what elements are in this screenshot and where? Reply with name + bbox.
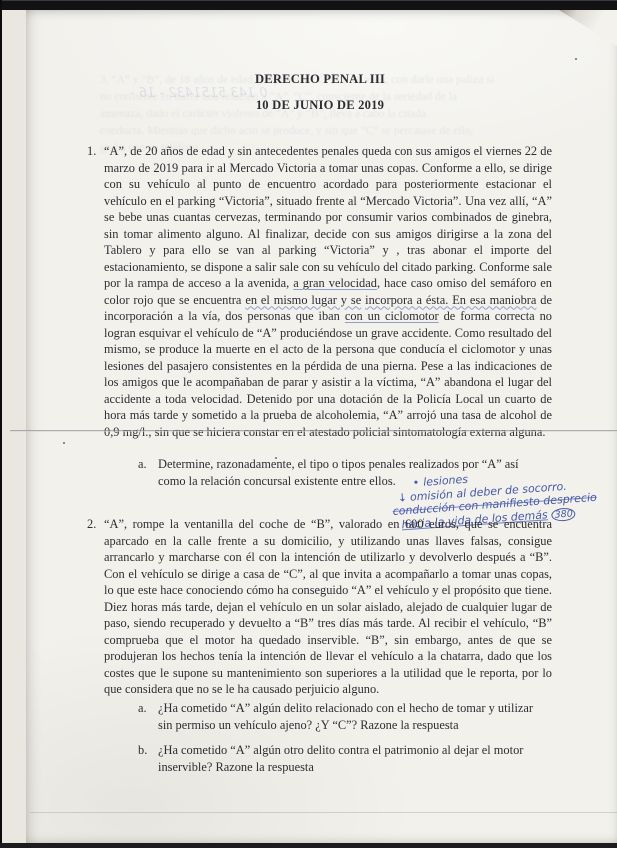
question-2-number: 2. — [87, 516, 96, 533]
arrow-mark-icon: ↓ — [397, 490, 407, 504]
scan-edge-bottom — [0, 843, 617, 848]
paper-crease-faint — [30, 812, 617, 813]
paper-fold-crease — [10, 430, 617, 432]
exam-title: DERECHO PENAL III — [88, 72, 552, 87]
question-2a-text: ¿Ha cometido “A” algún delito relacionad… — [158, 701, 533, 732]
question-2b: b. ¿Ha cometido “A” algún otro delito co… — [158, 742, 550, 775]
scan-edge-top — [0, 0, 617, 10]
question-2a-letter: a. — [138, 700, 147, 717]
underlined-phrase: en el mismo lugar y se — [245, 293, 361, 307]
question-2: 2.“A”, rompe la ventanilla del coche de … — [104, 516, 552, 698]
bleedthrough-line: conducta. Mientras que dicho acto se pro… — [100, 125, 580, 137]
bullet-mark-icon: • — [412, 476, 419, 489]
question-2b-letter: b. — [138, 742, 147, 759]
question-2b-text: ¿Ha cometido “A” algún otro delito contr… — [158, 743, 523, 774]
question-2a: a. ¿Ha cometido “A” algún delito relacio… — [158, 700, 550, 733]
question-1-text: “A”, de 20 años de edad y sin antecedent… — [104, 144, 552, 290]
underlined-phrase: a gran velocidad — [293, 276, 377, 290]
question-1-number: 1. — [87, 143, 96, 160]
scan-speck — [575, 58, 577, 60]
question-2-text: “A”, rompe la ventanilla del coche de “B… — [104, 517, 552, 696]
scan-speck — [63, 442, 65, 444]
scan-speck — [275, 457, 277, 459]
underlined-phrase: con un ciclomotor — [345, 309, 439, 323]
exam-title-block: DERECHO PENAL III 10 DE JUNIO DE 2019 — [88, 72, 552, 113]
scanner-background-strip — [2, 10, 26, 843]
underlined-phrase: incorpora a ésta. En esa maniobra — [365, 293, 536, 307]
circled-article-number: 380 — [551, 507, 576, 522]
scanned-exam-page: 0 143 5151432 - 16 - 3. “A” y “B”, de 18… — [0, 0, 617, 848]
question-1a-letter: a. — [138, 456, 147, 473]
scan-edge-left — [0, 0, 2, 848]
exam-date: 10 DE JUNIO DE 2019 — [88, 98, 552, 113]
question-1: 1.“A”, de 20 años de edad y sin antecede… — [104, 143, 552, 440]
